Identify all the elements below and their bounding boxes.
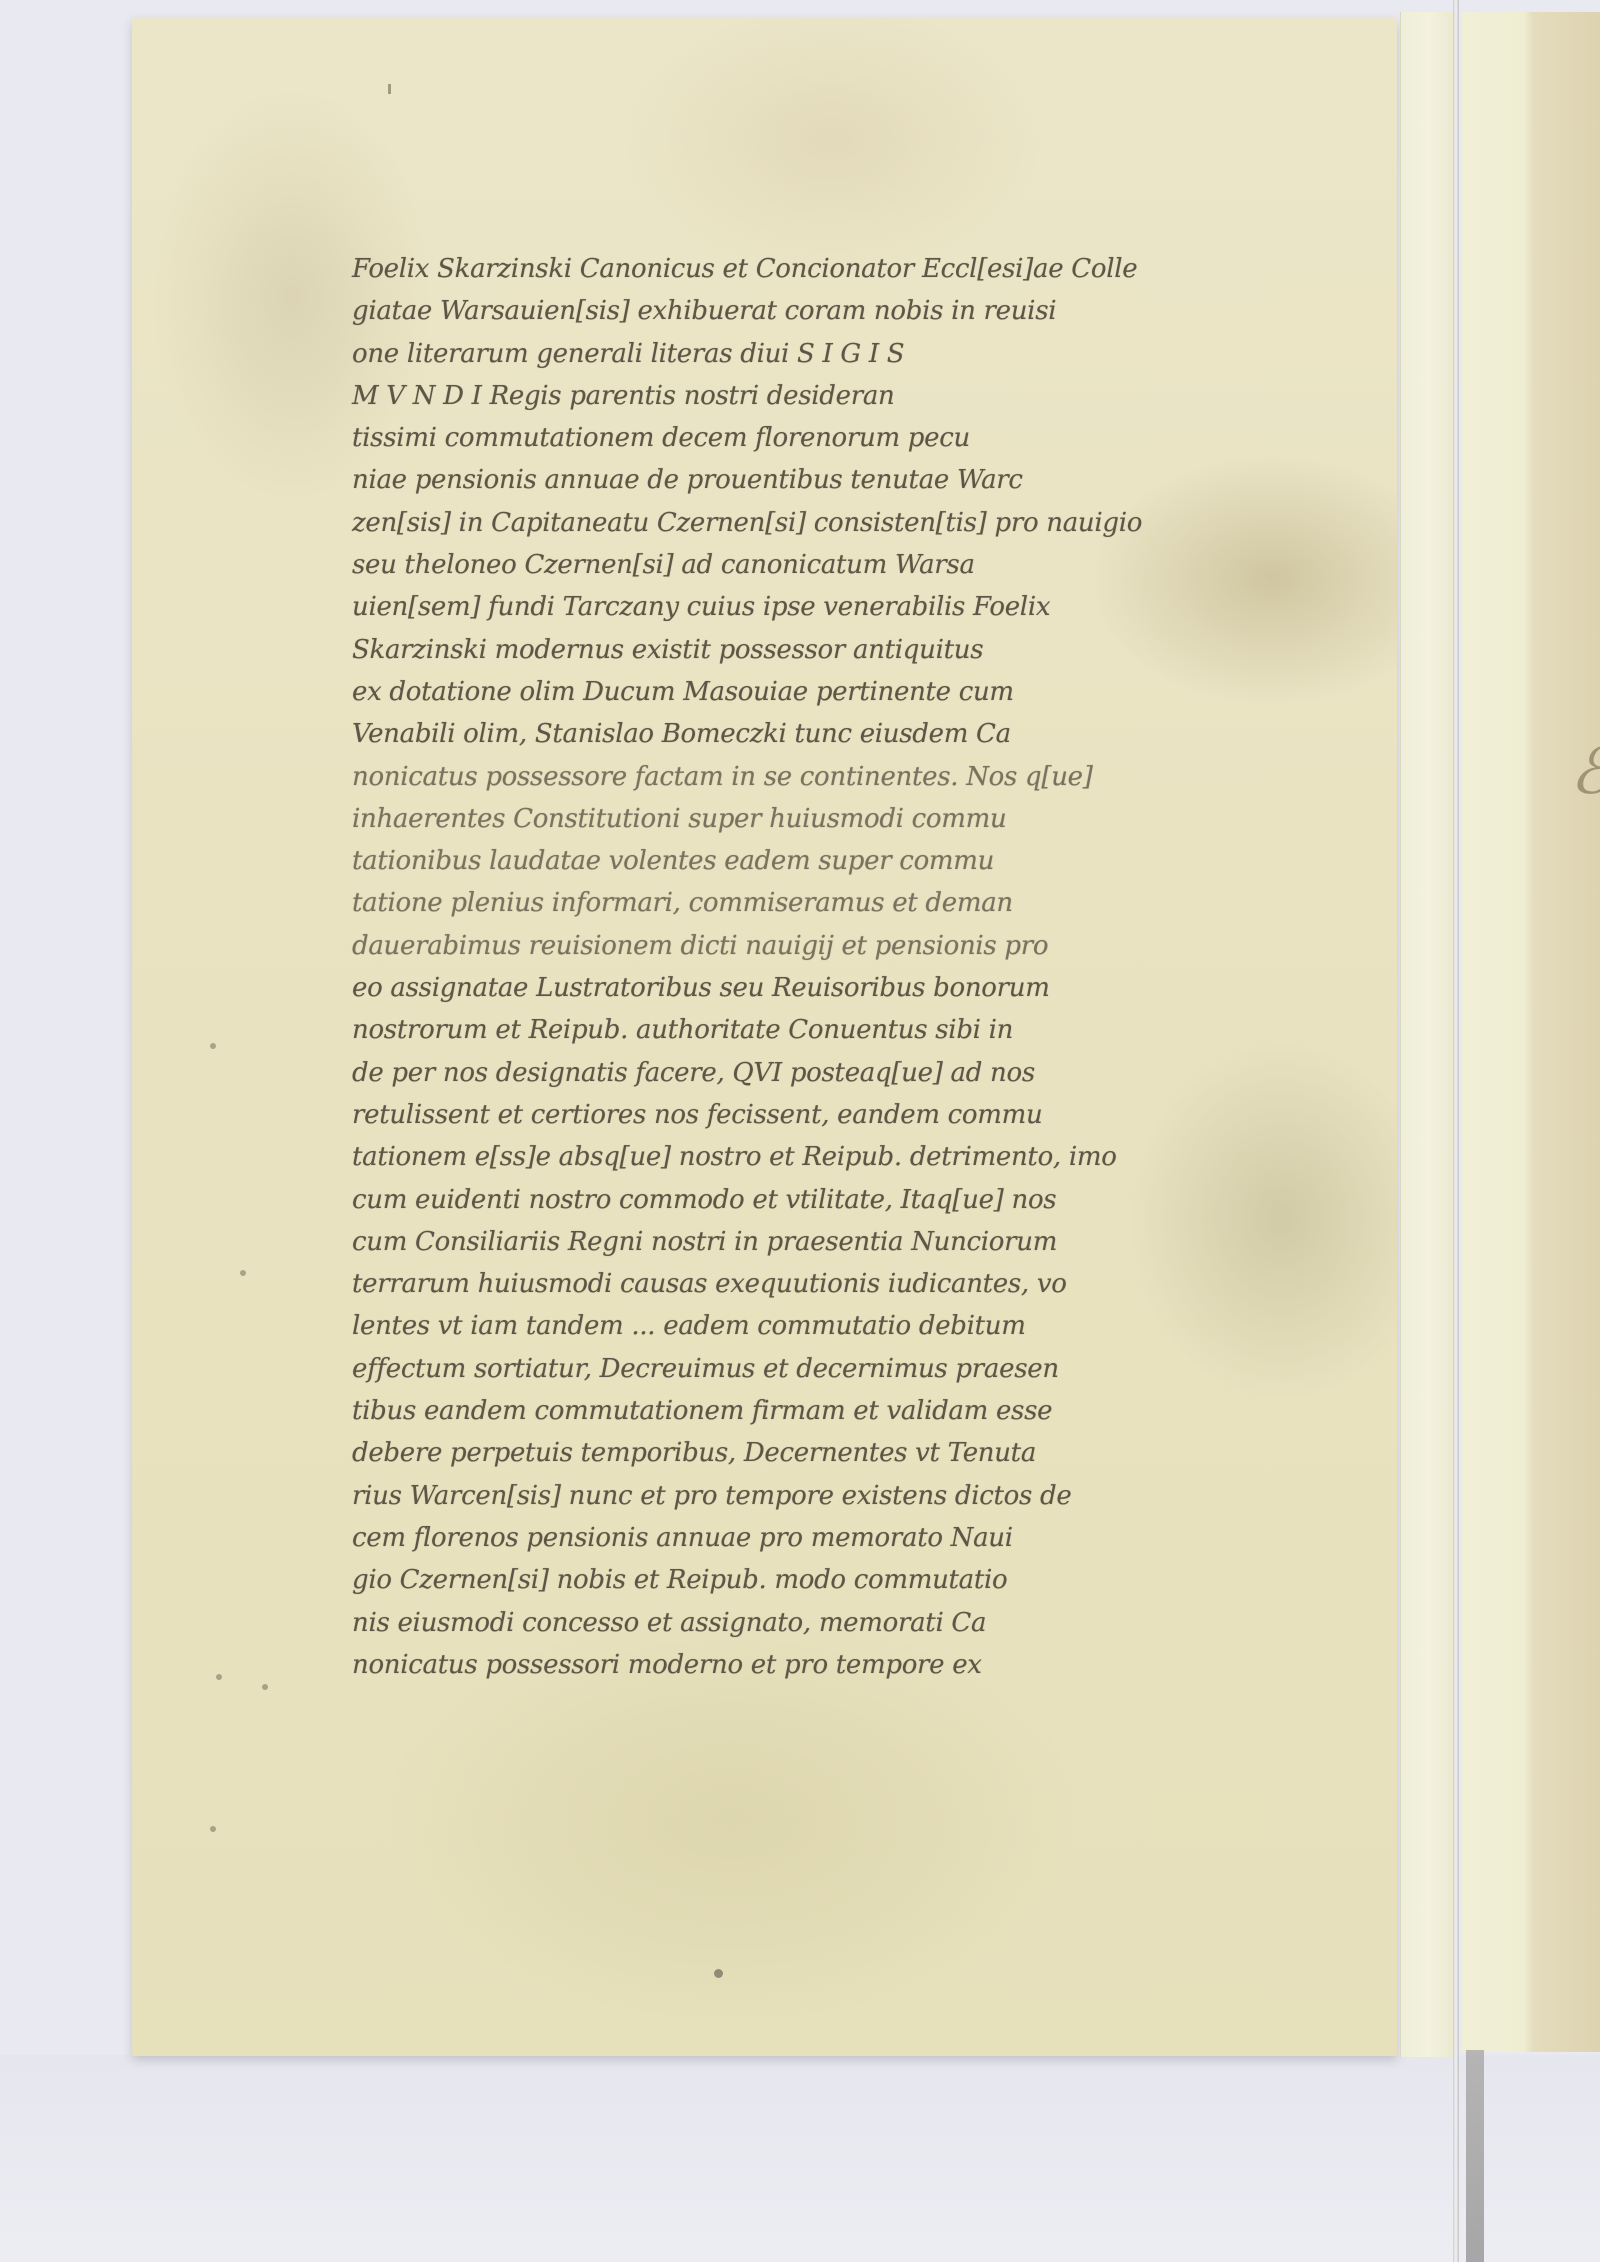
ink-speck: [388, 84, 391, 94]
text-line: tatione plenius informari, commiseramus …: [352, 882, 1232, 924]
text-line: cem florenos pensionis annuae pro memora…: [352, 1517, 1232, 1559]
text-line: ex dotatione olim Ducum Masouiae pertine…: [352, 671, 1232, 713]
text-line: nis eiusmodi concesso et assignato, memo…: [352, 1602, 1232, 1644]
ink-speck: [210, 1043, 216, 1049]
ink-speck: [240, 1270, 246, 1276]
text-line: debere perpetuis temporibus, Decernentes…: [352, 1432, 1232, 1474]
scan-background: [0, 2055, 1600, 2262]
text-line: tationem e[ss]e absq[ue] nostro et Reipu…: [352, 1136, 1232, 1178]
text-line: seu theloneo Czernen[si] ad canonicatum …: [352, 544, 1232, 586]
text-line: one literarum generali literas diui S I …: [352, 333, 1232, 375]
text-line: de per nos designatis facere, QVI postea…: [352, 1052, 1232, 1094]
text-line: cum Consiliariis Regni nostri in praesen…: [352, 1221, 1232, 1263]
text-line: giatae Warsauien[sis] exhibuerat coram n…: [352, 290, 1232, 332]
text-line: tationibus laudatae volentes eadem super…: [352, 840, 1232, 882]
text-line: inhaerentes Constitutioni super huiusmod…: [352, 798, 1232, 840]
text-line: tibus eandem commutationem firmam et val…: [352, 1390, 1232, 1432]
text-line: M V N D I Regis parentis nostri desidera…: [352, 375, 1232, 417]
ink-speck: [262, 1684, 268, 1690]
text-line: eo assignatae Lustratoribus seu Reuisori…: [352, 967, 1232, 1009]
text-line: rius Warcen[sis] nunc et pro tempore exi…: [352, 1475, 1232, 1517]
text-line: Venabili olim, Stanislao Bomeczki tunc e…: [352, 713, 1232, 755]
text-line: Foelix Skarzinski Canonicus et Concionat…: [352, 248, 1232, 290]
text-line: nonicatus possessore factam in se contin…: [352, 756, 1232, 798]
ink-speck: [714, 1969, 723, 1978]
text-line: retulissent et certiores nos fecissent, …: [352, 1094, 1232, 1136]
text-line: tissimi commutationem decem florenorum p…: [352, 417, 1232, 459]
text-line: lentes vt iam tandem ... eadem commutati…: [352, 1305, 1232, 1347]
adjacent-leaf: [1462, 12, 1600, 2052]
glass-plate-edge: [1453, 0, 1459, 2262]
adjacent-leaf-initial-glyph: ℰ: [1570, 735, 1600, 809]
binding-guard-strip: [1400, 12, 1456, 2057]
ink-speck: [210, 1826, 216, 1832]
text-line: terrarum huiusmodi causas exequutionis i…: [352, 1263, 1232, 1305]
manuscript-text-block: Foelix Skarzinski Canonicus et Concionat…: [352, 248, 1232, 1686]
text-line: Skarzinski modernus existit possessor an…: [352, 629, 1232, 671]
text-line: uien[sem] fundi Tarczany cuius ipse vene…: [352, 586, 1232, 628]
text-line: nostrorum et Reipub. authoritate Conuent…: [352, 1009, 1232, 1051]
text-line: zen[sis] in Capitaneatu Czernen[si] cons…: [352, 502, 1232, 544]
text-line: nonicatus possessori moderno et pro temp…: [352, 1644, 1232, 1686]
adjacent-leaf-shadow: [1466, 2050, 1484, 2262]
text-line: niae pensionis annuae de prouentibus ten…: [352, 459, 1232, 501]
text-line: dauerabimus reuisionem dicti nauigij et …: [352, 925, 1232, 967]
ink-speck: [216, 1674, 222, 1680]
text-line: cum euidenti nostro commodo et vtilitate…: [352, 1179, 1232, 1221]
text-line: gio Czernen[si] nobis et Reipub. modo co…: [352, 1559, 1232, 1601]
text-line: effectum sortiatur, Decreuimus et decern…: [352, 1348, 1232, 1390]
